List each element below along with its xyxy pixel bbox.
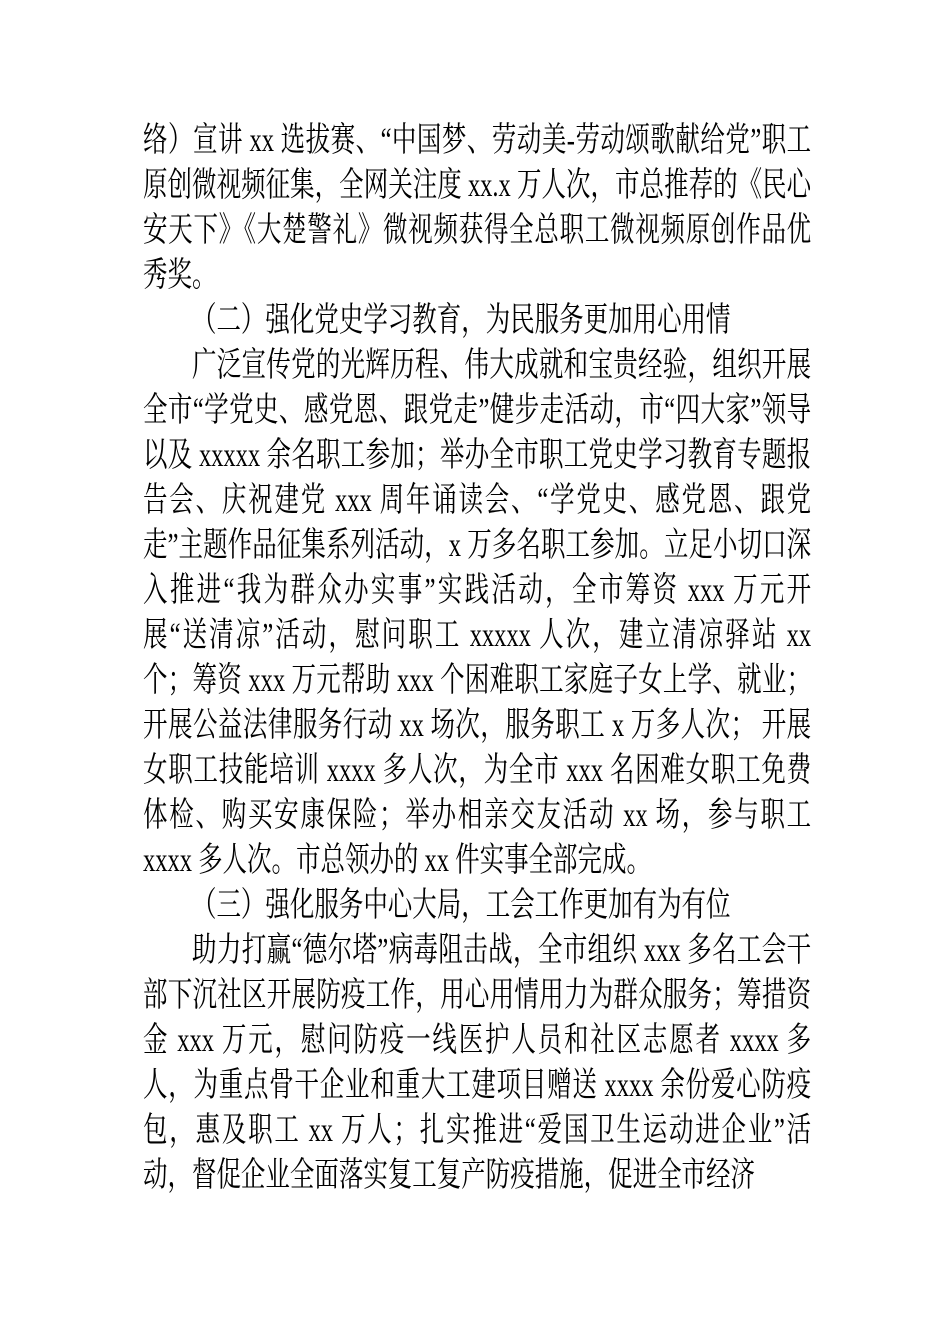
- paragraph-body-section-three: 助力打赢“德尔塔”病毒阻击战，全市组织 xxx 多名工会干部下沉社区开展防疫工作…: [143, 928, 811, 1198]
- section-heading-three: （三）强化服务中心大局，工会工作更加有为有位: [143, 883, 811, 928]
- document-text-block: 络）宣讲 xx 选拔赛、“中国梦、劳动美-劳动颂歌献给党”职工原创微视频征集，全…: [143, 118, 811, 1198]
- paragraph-body-section-two: 广泛宣传党的光辉历程、伟大成就和宝贵经验，组织开展全市“学党史、感党恩、跟党走”…: [143, 343, 811, 883]
- section-heading-two: （二）强化党史学习教育，为民服务更加用心用情: [143, 298, 811, 343]
- document-page: 络）宣讲 xx 选拔赛、“中国梦、劳动美-劳动颂歌献给党”职工原创微视频征集，全…: [0, 0, 950, 1344]
- paragraph-continuation: 络）宣讲 xx 选拔赛、“中国梦、劳动美-劳动颂歌献给党”职工原创微视频征集，全…: [143, 118, 811, 298]
